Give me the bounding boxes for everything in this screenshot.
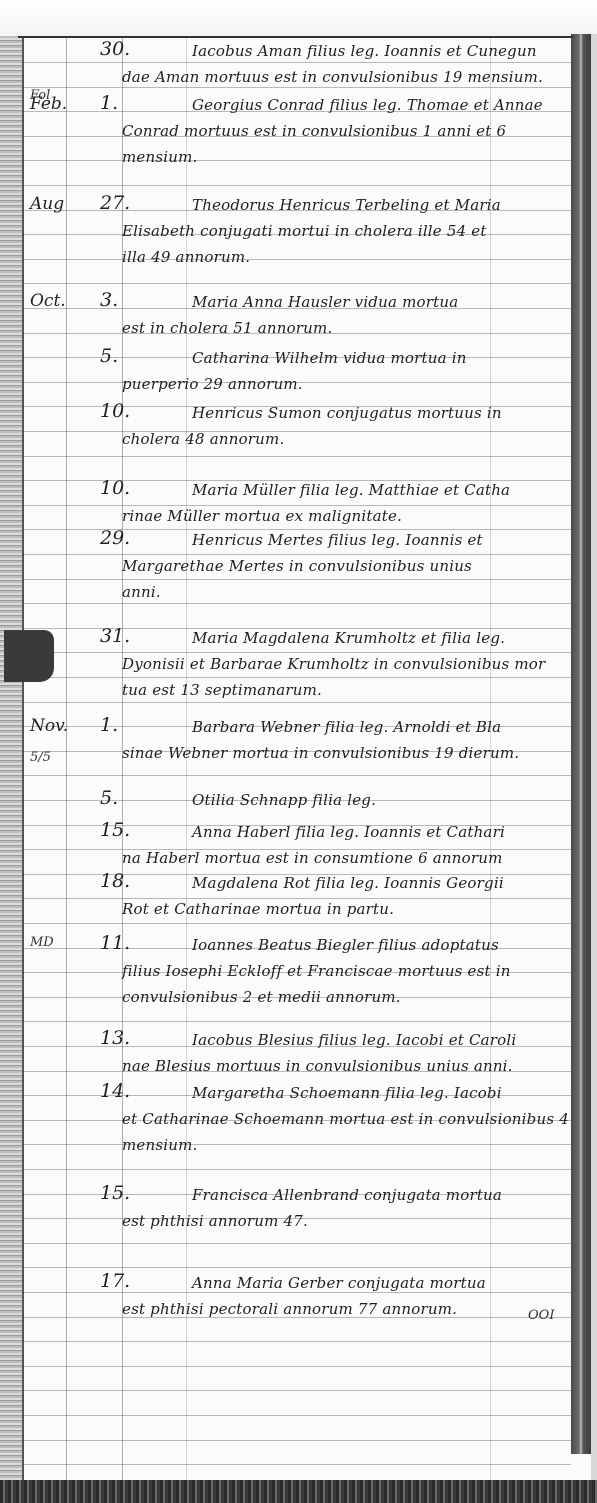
ruled-line [22, 1243, 571, 1244]
entry-text-line: mensium. [122, 148, 567, 166]
ruled-line [22, 1292, 571, 1293]
ruled-line [22, 1021, 571, 1022]
entry-text-line: Georgius Conrad filius leg. Thomae et An… [122, 96, 567, 114]
entry-text-line: et Catharinae Schoemann mortua est in co… [122, 1110, 567, 1128]
entry-text-line: Maria Müller filia leg. Matthiae et Cath… [122, 481, 567, 499]
entry-text-line: est phthisi pectorali annorum 77 annorum… [122, 1300, 567, 1318]
ruled-line [22, 1464, 571, 1465]
right-edge-strip [591, 34, 597, 1503]
entry-day: 1. [100, 714, 118, 736]
entry-text-line: Ioannes Beatus Biegler filius adoptatus [122, 936, 567, 954]
entry-text-line: est in cholera 51 annorum. [122, 319, 567, 337]
entry-month: Nov. [30, 716, 68, 736]
ruled-line [22, 283, 571, 284]
entry-month: Feb. [30, 94, 67, 114]
entry-text-line: anni. [122, 583, 567, 601]
entry-text-line: Francisca Allenbrand conjugata mortua [122, 1186, 567, 1204]
top-margin [0, 0, 597, 36]
left-page-edge [0, 36, 24, 1503]
bottom-scan-edge [0, 1480, 597, 1503]
ruled-line [22, 1390, 571, 1391]
register-page: Fol5/5MDOOI 30.Iacobus Aman filius leg. … [0, 0, 597, 1503]
entry-text-line: na Haberl mortua est in consumtione 6 an… [122, 849, 567, 867]
entry-day: 3. [100, 289, 118, 311]
ruled-line [22, 456, 571, 457]
entry-text-line: filius Iosephi Eckloff et Franciscae mor… [122, 962, 567, 980]
entry-month: Oct. [30, 291, 66, 311]
entry-text-line: Margarethae Mertes in convulsionibus uni… [122, 557, 567, 575]
margin-annotation: 5/5 [30, 750, 51, 765]
entry-text-line: Magdalena Rot filia leg. Ioannis Georgii [122, 874, 567, 892]
entry-day: 5. [100, 345, 118, 367]
entry-day: 1. [100, 92, 118, 114]
ruled-line [22, 1366, 571, 1367]
ruled-line [22, 554, 571, 555]
entry-text-line: Otilia Schnapp filia leg. [122, 791, 567, 809]
ruled-line [22, 652, 571, 653]
entry-text-line: Henricus Mertes filius leg. Ioannis et [122, 531, 567, 549]
ruled-line [22, 1341, 571, 1342]
ruled-line [22, 579, 571, 580]
entry-text-line: cholera 48 annorum. [122, 430, 567, 448]
entry-text-line: Dyonisii et Barbarae Krumholtz in convul… [122, 655, 567, 673]
entry-text-line: Barbara Webner filia leg. Arnoldi et Bla [122, 718, 567, 736]
ruled-line [22, 775, 571, 776]
entry-text-line: Elisabeth conjugati mortui in cholera il… [122, 222, 567, 240]
entry-text-line: dae Aman mortuus est in convulsionibus 1… [122, 68, 567, 86]
entry-text-line: mensium. [122, 1136, 567, 1154]
entry-text-line: Conrad mortuus est in convulsionibus 1 a… [122, 122, 567, 140]
entry-text-line: Iacobus Blesius filius leg. Iacobi et Ca… [122, 1031, 567, 1049]
column-rule-month [66, 36, 67, 1480]
ruled-line [22, 603, 571, 604]
entry-text-line: nae Blesius mortuus in convulsionibus un… [122, 1057, 567, 1075]
entry-text-line: Catharina Wilhelm vidua mortua in [122, 349, 567, 367]
entry-text-line: rinae Müller mortua ex malignitate. [122, 507, 567, 525]
entry-text-line: illa 49 annorum. [122, 248, 567, 266]
entry-text-line: Iacobus Aman filius leg. Ioannis et Cune… [122, 42, 567, 60]
entry-text-line: Margaretha Schoemann filia leg. Iacobi [122, 1084, 567, 1102]
right-spine [571, 34, 591, 1454]
binding-tab [4, 630, 54, 682]
entry-text-line: Henricus Sumon conjugatus mortuus in [122, 404, 567, 422]
entry-text-line: Anna Maria Gerber conjugata mortua [122, 1274, 567, 1292]
entry-day: 5. [100, 787, 118, 809]
entry-text-line: Anna Haberl filia leg. Ioannis et Cathar… [122, 823, 567, 841]
ruled-line [22, 898, 571, 899]
ruled-line [22, 1169, 571, 1170]
entry-month: Aug [30, 194, 64, 214]
ruled-line [22, 1267, 571, 1268]
ruled-line [22, 505, 571, 506]
ruled-line [22, 677, 571, 678]
ruled-line [22, 702, 571, 703]
entry-text-line: est phthisi annorum 47. [122, 1212, 567, 1230]
entry-text-line: Rot et Catharinae mortua in partu. [122, 900, 567, 918]
ruled-line [22, 87, 571, 88]
entry-text-line: Maria Anna Hausler vidua mortua [122, 293, 567, 311]
ruled-line [22, 1415, 571, 1416]
ruled-line [22, 62, 571, 63]
ruled-line [22, 923, 571, 924]
ruled-line [22, 1440, 571, 1441]
margin-annotation: MD [30, 935, 54, 950]
entry-text-line: Maria Magdalena Krumholtz et filia leg. [122, 629, 567, 647]
entry-text-line: puerperio 29 annorum. [122, 375, 567, 393]
entry-text-line: convulsionibus 2 et medii annorum. [122, 988, 567, 1006]
entry-text-line: Theodorus Henricus Terbeling et Maria [122, 196, 567, 214]
entry-text-line: tua est 13 septimanarum. [122, 681, 567, 699]
ruled-line [22, 185, 571, 186]
entry-text-line: sinae Webner mortua in convulsionibus 19… [122, 744, 567, 762]
